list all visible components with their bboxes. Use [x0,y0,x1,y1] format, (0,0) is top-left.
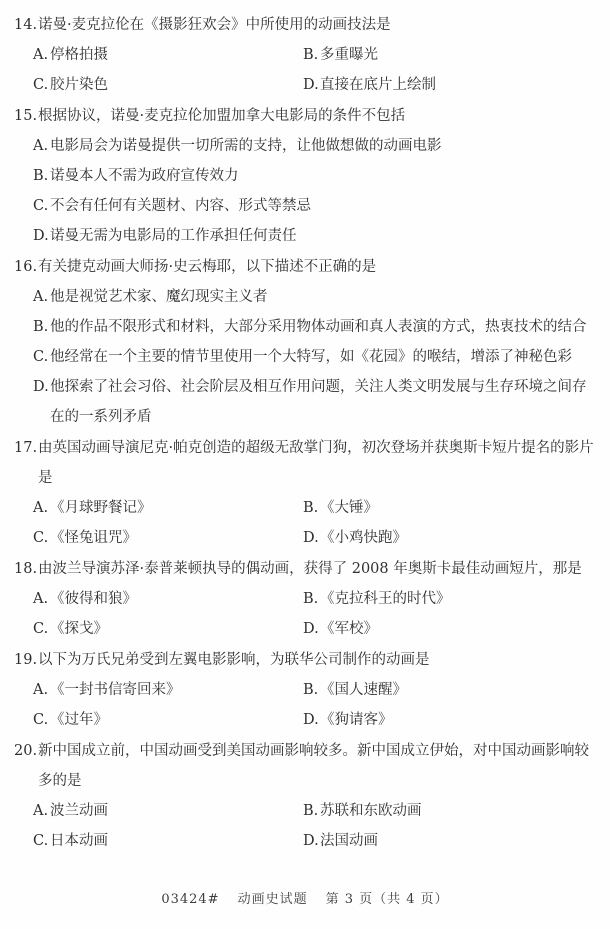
question-number: 15. [14,101,38,131]
option-label: D. [303,70,320,100]
exam-code: 03424# [161,892,219,908]
option-text: 《狗请客》 [320,712,393,728]
option-label: B. [33,312,50,342]
question-number: 18. [14,554,38,584]
option-text: 停格拍摄 [50,47,108,63]
option-label: D. [303,614,320,644]
question-text: 有关捷克动画大师扬·史云梅耶，以下描述不正确的是 [38,259,376,275]
question-17: 17.由英国动画导演尼克·帕克创造的超级无敌掌门狗，初次登场并获奥斯卡短片提名的… [14,433,600,553]
page-indicator: 第 3 页（共 4 页） [326,892,449,908]
option-text: 胶片染色 [50,77,108,93]
option-label: D. [303,826,320,856]
option-label: C. [33,342,50,372]
option-d: D.《小鸡快跑》 [303,523,600,553]
option-c: C.《过年》 [33,705,303,735]
option-label: C. [33,705,50,735]
option-text: 法国动画 [320,833,378,849]
option-label: A. [33,493,50,523]
question-text: 以下为万氏兄弟受到左翼电影影响，为联华公司制作的动画是 [38,652,430,668]
option-label: C. [33,826,50,856]
option-text: 诺曼无需为电影局的工作承担任何责任 [50,228,297,244]
exam-title: 动画史试题 [238,892,308,908]
option-b: B.多重曝光 [303,40,600,70]
option-text: 他是视觉艺术家、魔幻现实主义者 [50,289,268,305]
question-number: 16. [14,252,38,282]
option-text: 《怪兔诅咒》 [50,530,137,546]
exam-page: 14.诺曼·麦克拉伦在《摄影狂欢会》中所使用的动画技法是 A.停格拍摄 B.多重… [0,0,610,929]
option-b: B.《大锤》 [303,493,600,523]
question-stem: 18.由波兰导演苏泽·泰普莱顿执导的偶动画，获得了 2008 年奥斯卡最佳动画短… [14,554,600,584]
page-footer: 03424# 动画史试题 第 3 页（共 4 页） [0,892,610,908]
option-d: D.法国动画 [303,826,600,856]
option-text: 《过年》 [50,712,108,728]
option-b: B.诺曼本人不需为政府宣传效力 [14,161,600,191]
option-text: 多重曝光 [320,47,378,63]
option-label: A. [33,131,50,161]
option-label: C. [33,523,50,553]
option-label: D. [33,372,50,402]
option-text: 苏联和东欧动画 [320,803,422,819]
options: A.《月球野餐记》 B.《大锤》 C.《怪兔诅咒》 D.《小鸡快跑》 [14,493,600,553]
option-label: A. [33,40,50,70]
option-text: 他经常在一个主要的情节里使用一个大特写，如《花园》的喉结，增添了神秘色彩 [50,349,572,365]
option-label: D. [303,523,320,553]
question-number: 20. [14,736,38,766]
option-text: 不会有任何有关题材、内容、形式等禁忌 [50,198,311,214]
option-label: A. [33,796,50,826]
option-text: 日本动画 [50,833,108,849]
option-c: C.他经常在一个主要的情节里使用一个大特写，如《花园》的喉结，增添了神秘色彩 [14,342,600,372]
question-14: 14.诺曼·麦克拉伦在《摄影狂欢会》中所使用的动画技法是 A.停格拍摄 B.多重… [14,10,600,100]
question-stem: 15.根据协议，诺曼·麦克拉伦加盟加拿大电影局的条件不包括 [14,101,600,131]
option-a: A.《一封书信寄回来》 [33,675,303,705]
option-d: D.《军校》 [303,614,600,644]
question-stem: 14.诺曼·麦克拉伦在《摄影狂欢会》中所使用的动画技法是 [14,10,600,40]
question-16: 16.有关捷克动画大师扬·史云梅耶，以下描述不正确的是 A.他是视觉艺术家、魔幻… [14,252,600,432]
option-text: 《克拉科王的时代》 [320,591,451,607]
question-text: 诺曼·麦克拉伦在《摄影狂欢会》中所使用的动画技法是 [38,17,391,33]
option-text: 波兰动画 [50,803,108,819]
options: A.停格拍摄 B.多重曝光 C.胶片染色 D.直接在底片上绘制 [14,40,600,100]
option-b: B.他的作品不限形式和材料，大部分采用物体动画和真人表演的方式，热衷技术的结合 [14,312,600,342]
question-19: 19.以下为万氏兄弟受到左翼电影影响，为联华公司制作的动画是 A.《一封书信寄回… [14,645,600,735]
question-text: 根据协议，诺曼·麦克拉伦加盟加拿大电影局的条件不包括 [38,108,405,124]
option-label: C. [33,191,50,221]
question-text: 新中国成立前，中国动画受到美国动画影响较多。新中国成立伊始，对中国动画影响较多的… [38,743,589,789]
option-label: C. [33,70,50,100]
option-text: 《探戈》 [50,621,108,637]
option-a: A.停格拍摄 [33,40,303,70]
question-stem: 17.由英国动画导演尼克·帕克创造的超级无敌掌门狗，初次登场并获奥斯卡短片提名的… [14,433,600,493]
option-text: 《国人速醒》 [320,682,407,698]
question-number: 14. [14,10,38,40]
option-c: C.日本动画 [33,826,303,856]
option-b: B.《克拉科王的时代》 [303,584,600,614]
option-d: D.直接在底片上绘制 [303,70,600,100]
option-label: A. [33,584,50,614]
option-c: C.《怪兔诅咒》 [33,523,303,553]
option-d: D.他探索了社会习俗、社会阶层及相互作用问题，关注人类文明发展与生存环境之间存在… [14,372,600,432]
option-label: A. [33,282,50,312]
option-c: C.《探戈》 [33,614,303,644]
option-b: B.《国人速醒》 [303,675,600,705]
option-text: 他的作品不限形式和材料，大部分采用物体动画和真人表演的方式，热衷技术的结合 [50,319,587,335]
options: A.《一封书信寄回来》 B.《国人速醒》 C.《过年》 D.《狗请客》 [14,675,600,735]
option-d: D.《狗请客》 [303,705,600,735]
options: A.电影局会为诺曼提供一切所需的支持，让他做想做的动画电影 B.诺曼本人不需为政… [14,131,600,251]
option-text: 《小鸡快跑》 [320,530,407,546]
option-label: B. [303,40,320,70]
option-label: C. [33,614,50,644]
option-label: D. [33,221,50,251]
option-label: B. [303,675,320,705]
option-text: 《军校》 [320,621,378,637]
options: A.他是视觉艺术家、魔幻现实主义者 B.他的作品不限形式和材料，大部分采用物体动… [14,282,600,432]
question-stem: 16.有关捷克动画大师扬·史云梅耶，以下描述不正确的是 [14,252,600,282]
question-text: 由波兰导演苏泽·泰普莱顿执导的偶动画，获得了 2008 年奥斯卡最佳动画短片，那… [38,561,582,577]
option-a: A.电影局会为诺曼提供一切所需的支持，让他做想做的动画电影 [14,131,600,161]
option-d: D.诺曼无需为电影局的工作承担任何责任 [14,221,600,251]
option-label: D. [303,705,320,735]
option-text: 他探索了社会习俗、社会阶层及相互作用问题，关注人类文明发展与生存环境之间存在的一… [50,379,587,425]
option-text: 直接在底片上绘制 [320,77,436,93]
option-a: A.波兰动画 [33,796,303,826]
option-label: B. [33,161,50,191]
option-label: B. [303,796,320,826]
option-text: 电影局会为诺曼提供一切所需的支持，让他做想做的动画电影 [50,138,442,154]
option-c: C.胶片染色 [33,70,303,100]
option-label: A. [33,675,50,705]
option-a: A.《月球野餐记》 [33,493,303,523]
question-stem: 20.新中国成立前，中国动画受到美国动画影响较多。新中国成立伊始，对中国动画影响… [14,736,600,796]
question-20: 20.新中国成立前，中国动画受到美国动画影响较多。新中国成立伊始，对中国动画影响… [14,736,600,856]
question-15: 15.根据协议，诺曼·麦克拉伦加盟加拿大电影局的条件不包括 A.电影局会为诺曼提… [14,101,600,251]
question-text: 由英国动画导演尼克·帕克创造的超级无敌掌门狗，初次登场并获奥斯卡短片提名的影片是 [38,440,594,486]
option-label: B. [303,493,320,523]
option-b: B.苏联和东欧动画 [303,796,600,826]
question-18: 18.由波兰导演苏泽·泰普莱顿执导的偶动画，获得了 2008 年奥斯卡最佳动画短… [14,554,600,644]
options: A.波兰动画 B.苏联和东欧动画 C.日本动画 D.法国动画 [14,796,600,856]
option-text: 《大锤》 [320,500,378,516]
option-a: A.他是视觉艺术家、魔幻现实主义者 [14,282,600,312]
question-number: 19. [14,645,38,675]
option-text: 诺曼本人不需为政府宣传效力 [50,168,239,184]
option-text: 《月球野餐记》 [50,500,152,516]
option-a: A.《彼得和狼》 [33,584,303,614]
option-c: C.不会有任何有关题材、内容、形式等禁忌 [14,191,600,221]
question-stem: 19.以下为万氏兄弟受到左翼电影影响，为联华公司制作的动画是 [14,645,600,675]
question-number: 17. [14,433,38,463]
option-label: B. [303,584,320,614]
option-text: 《一封书信寄回来》 [50,682,181,698]
options: A.《彼得和狼》 B.《克拉科王的时代》 C.《探戈》 D.《军校》 [14,584,600,644]
option-text: 《彼得和狼》 [50,591,137,607]
